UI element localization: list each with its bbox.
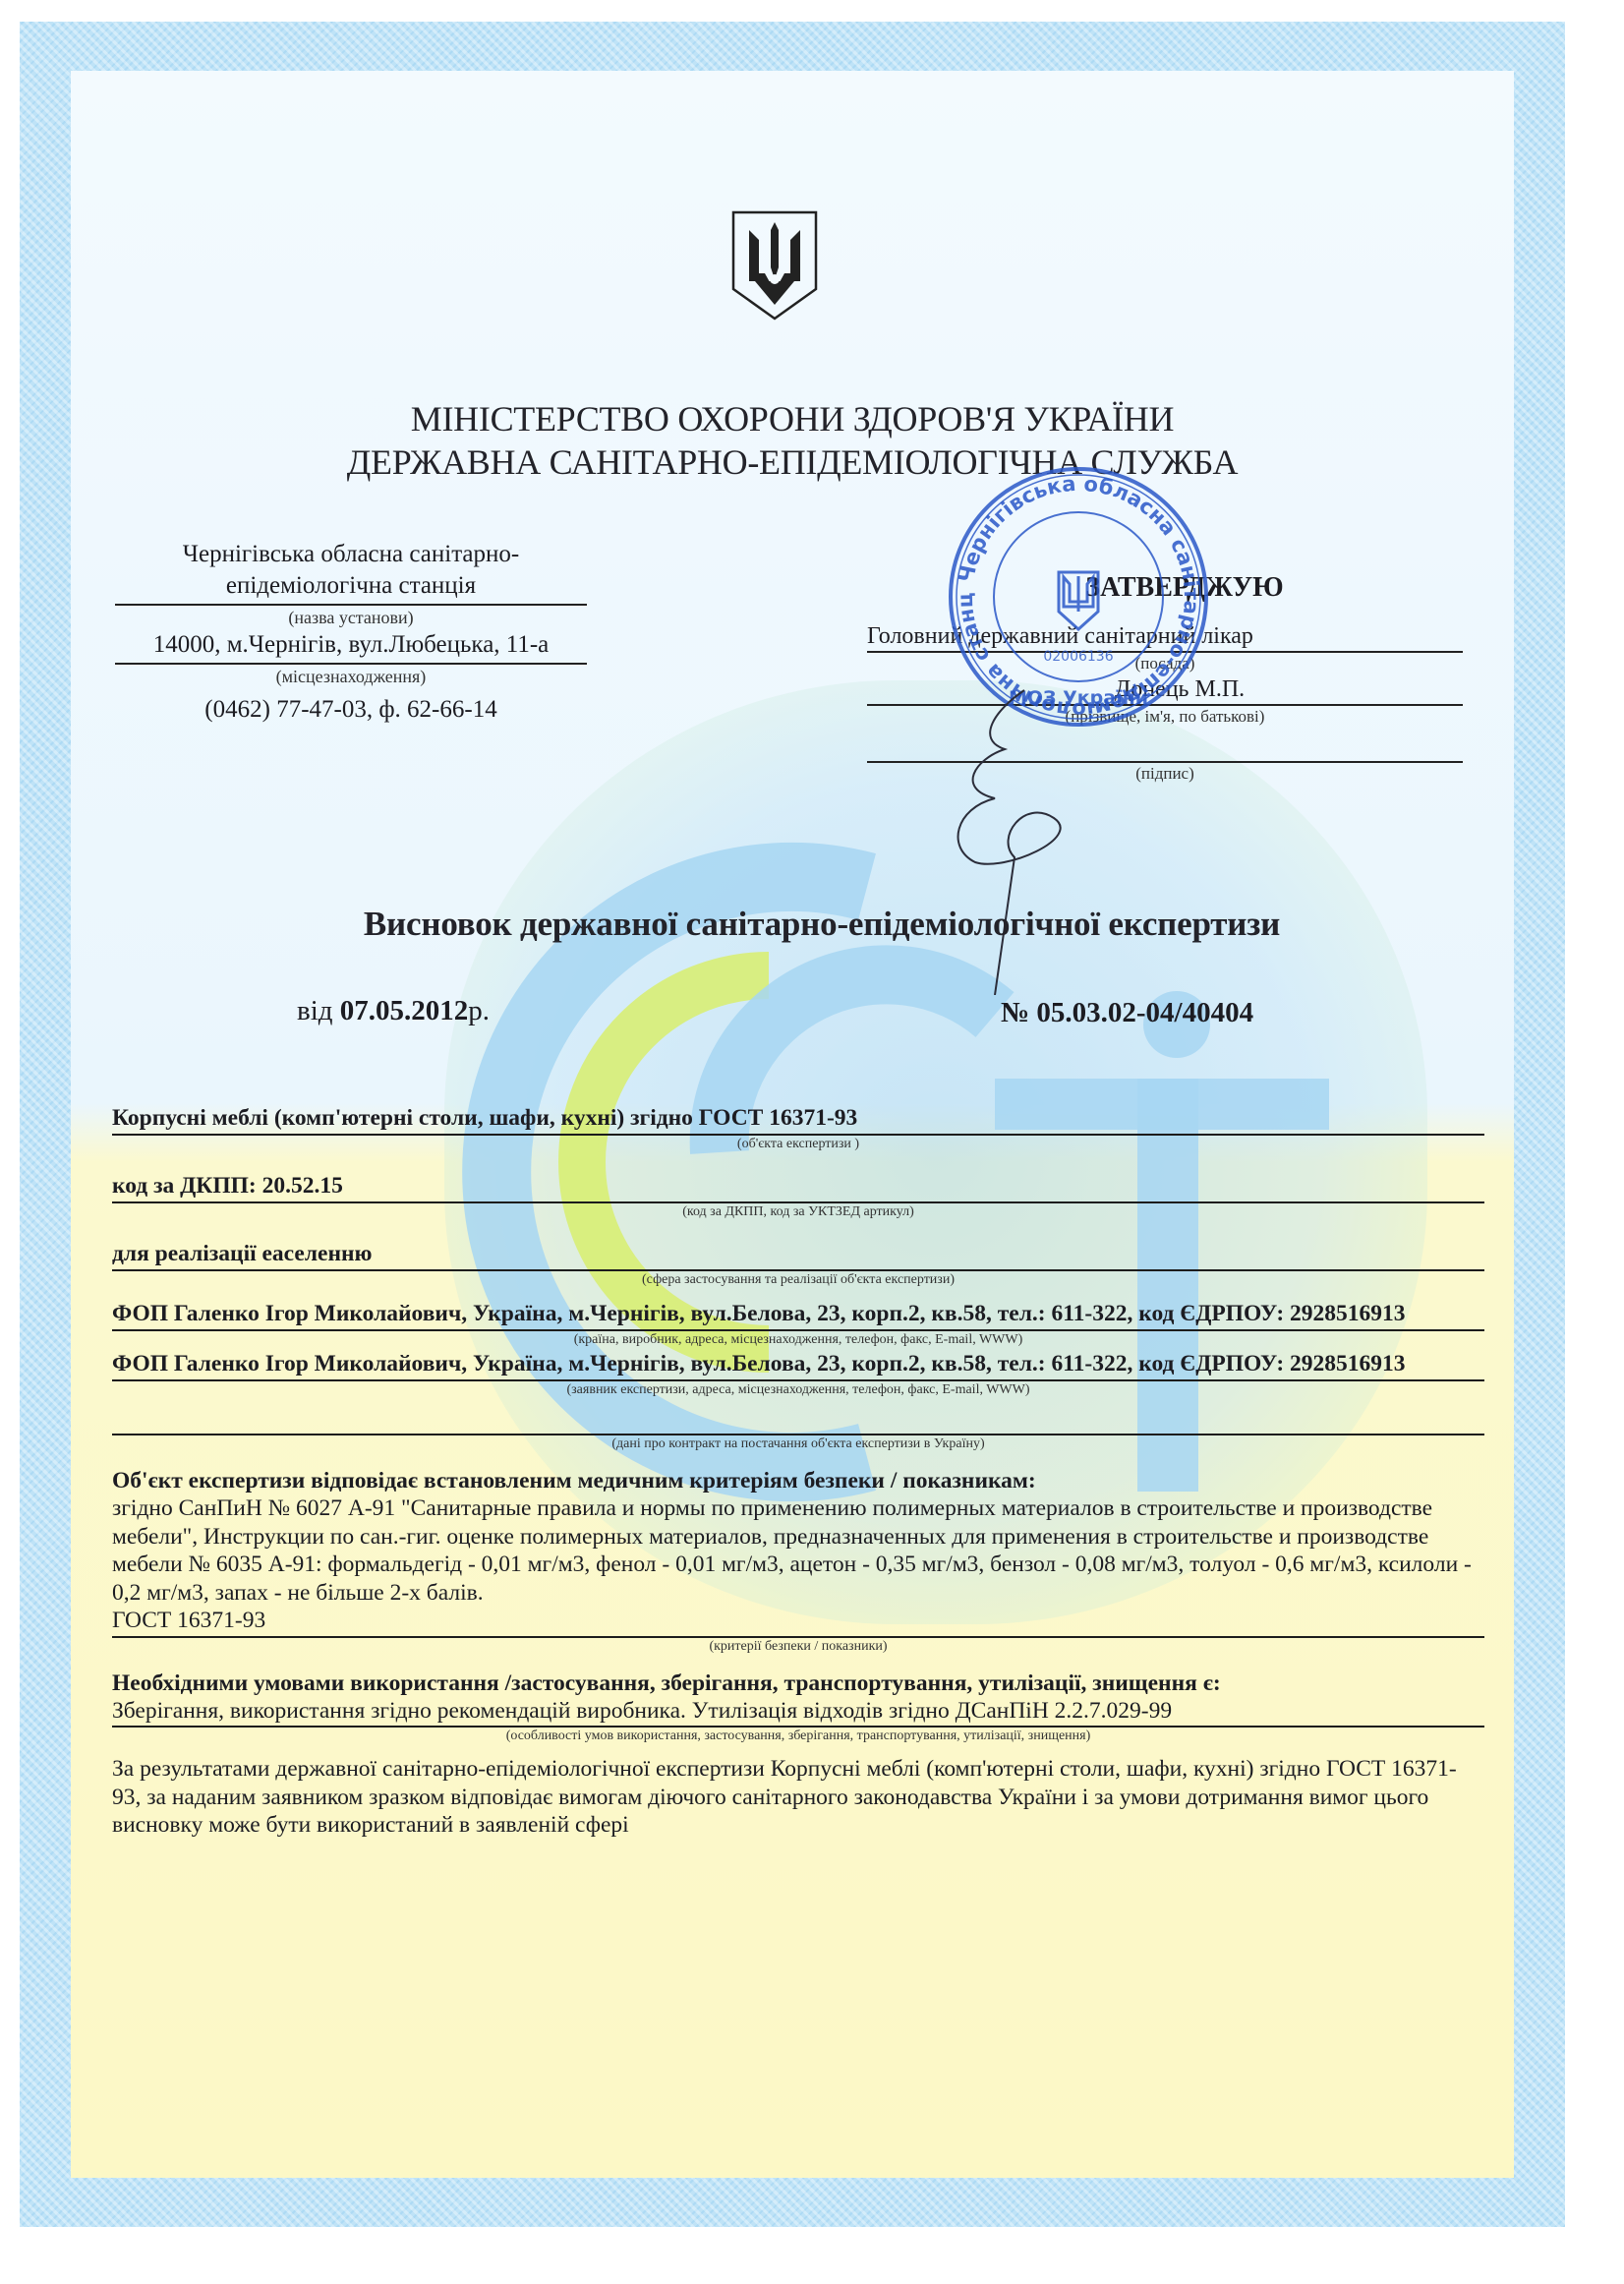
field-caption: (сфера застосування та реалізації об'єкт… [112, 1271, 1484, 1289]
field-caption: (заявник експертизи, адреса, місцезнаход… [112, 1381, 1484, 1399]
date-value: 07.05.2012 [340, 995, 469, 1026]
date-prefix: від [297, 995, 333, 1026]
certificate-page: МІНІСТЕРСТВО ОХОРОНИ ЗДОРОВ'Я УКРАЇНИ ДЕ… [71, 71, 1514, 2178]
field-manufacturer: ФОП Галенко Ігор Миколайович, Україна, м… [112, 1299, 1484, 1349]
criteria-standard: ГОСТ 16371-93 [112, 1607, 1484, 1635]
document-number: № 05.03.02-04/40404 [1001, 997, 1253, 1029]
field-caption: (об'єкта експертизи ) [112, 1136, 1484, 1153]
institution-name-caption: (назва установи) [115, 606, 587, 629]
coat-of-arms-icon [731, 210, 818, 321]
field-value: ФОП Галенко Ігор Миколайович, Україна, м… [112, 1349, 1484, 1378]
institution-block: Чернігівська обласна санітарно-епідеміол… [115, 539, 587, 726]
field-caption: (критерії безпеки / показники) [112, 1638, 1484, 1656]
signature-icon [936, 680, 1113, 995]
conditions-field: Зберігання, використання згідно рекоменд… [112, 1697, 1484, 1746]
field-caption: (країна, виробник, адреса, місцезнаходже… [112, 1331, 1484, 1349]
criteria-heading: Об'єкт експертизи відповідає встановлени… [112, 1467, 1484, 1494]
criteria-text: згідно СанПиН № 6027 А-91 "Санитарные пр… [112, 1494, 1484, 1607]
field-contract: (дані про контракт на постачання об'єкта… [112, 1434, 1484, 1453]
field-code: код за ДКПП: 20.52.15 (код за ДКПП, код … [112, 1171, 1484, 1221]
field-object: Корпусні меблі (комп'ютерні столи, шафи,… [112, 1103, 1484, 1153]
ministry-header: МІНІСТЕРСТВО ОХОРОНИ ЗДОРОВ'Я УКРАЇНИ ДЕ… [71, 397, 1514, 484]
institution-phone: (0462) 77-47-03, ф. 62-66-14 [115, 694, 587, 726]
field-value: ФОП Галенко Ігор Миколайович, Україна, м… [112, 1299, 1484, 1328]
expertise-fields: Корпусні меблі (комп'ютерні столи, шафи,… [112, 1103, 1484, 1840]
svg-text:02006136: 02006136 [1043, 649, 1113, 665]
field-caption: (особливості умов використання, застосув… [112, 1728, 1484, 1745]
field-caption: (код за ДКПП, код за УКТЗЕД артикул) [112, 1203, 1484, 1221]
field-value: для реалізації еаселенню [112, 1239, 1484, 1268]
ministry-line-2: ДЕРЖАВНА САНІТАРНО-ЕПІДЕМІОЛОГІЧНА СЛУЖБ… [71, 440, 1514, 484]
institution-name: Чернігівська обласна санітарно-епідеміол… [115, 539, 587, 602]
document-date: від 07.05.2012р. [297, 995, 490, 1027]
field-scope: для реалізації еаселенню (сфера застосув… [112, 1239, 1484, 1289]
document-title: Висновок державної санітарно-епідеміолог… [71, 905, 1514, 944]
conclusion-text: За результатами державної санітарно-епід… [112, 1755, 1484, 1840]
ministry-line-1: МІНІСТЕРСТВО ОХОРОНИ ЗДОРОВ'Я УКРАЇНИ [71, 397, 1514, 440]
conditions-text: Зберігання, використання згідно рекоменд… [112, 1697, 1484, 1726]
field-caption: (дані про контракт на постачання об'єкта… [112, 1435, 1484, 1453]
field-value: Корпусні меблі (комп'ютерні столи, шафи,… [112, 1103, 1484, 1133]
conditions-heading: Необхідними умовами використання /застос… [112, 1669, 1484, 1697]
criteria-field: (критерії безпеки / показники) [112, 1636, 1484, 1656]
date-suffix: р. [468, 995, 490, 1026]
institution-address-caption: (місцезнаходження) [115, 665, 587, 688]
field-applicant: ФОП Галенко Ігор Миколайович, Україна, м… [112, 1349, 1484, 1399]
institution-address: 14000, м.Чернігів, вул.Любецька, 11-а [115, 629, 587, 661]
field-value: код за ДКПП: 20.52.15 [112, 1171, 1484, 1201]
